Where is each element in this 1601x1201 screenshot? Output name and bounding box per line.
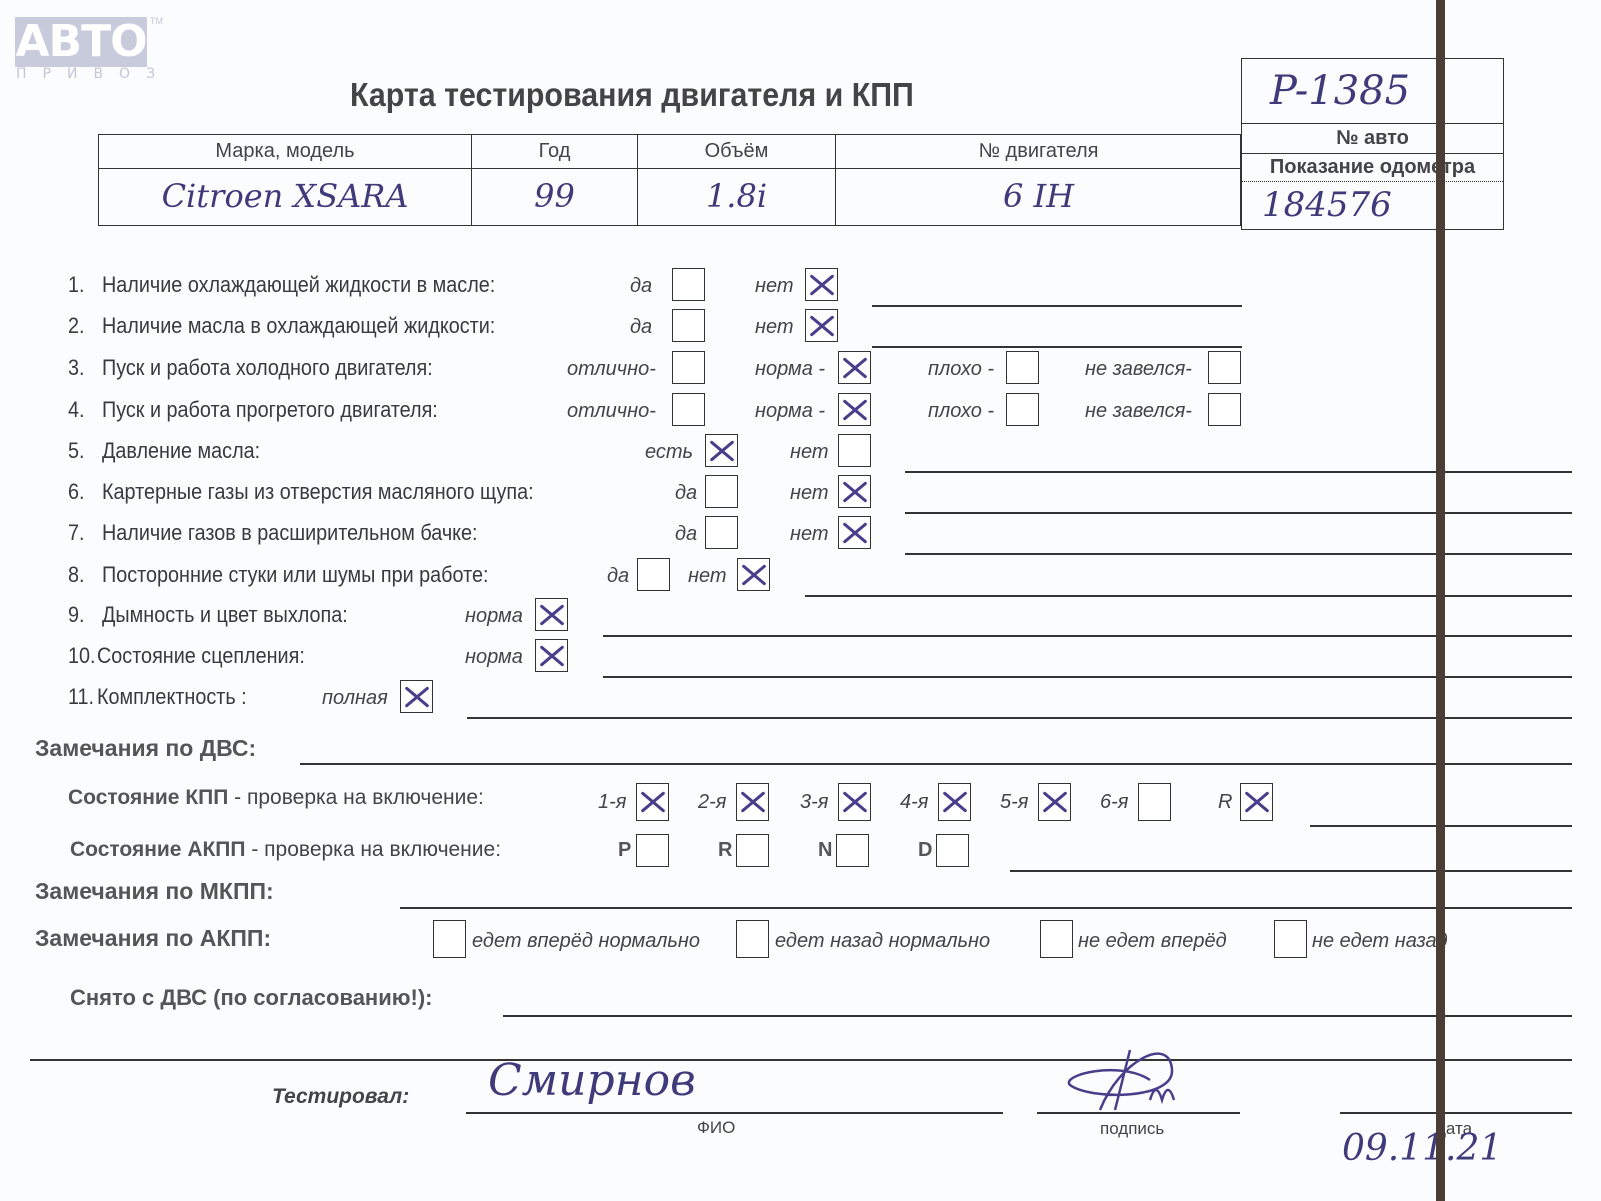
option-label: норма -	[755, 358, 825, 381]
item-number: 2.	[68, 313, 85, 339]
item-number: 7.	[68, 520, 85, 546]
option-checkbox[interactable]	[400, 680, 433, 713]
item-remark-line[interactable]	[467, 717, 1572, 719]
make-model-cell: Марка, модель Citroen XSARA	[99, 135, 472, 225]
option-label: нет	[790, 441, 829, 464]
option-checkbox[interactable]	[838, 516, 871, 549]
removed-line[interactable]	[503, 1015, 1572, 1017]
odometer-value[interactable]: 184576	[1242, 181, 1503, 229]
engine-number-label: № двигателя	[836, 135, 1241, 169]
item-remark-line[interactable]	[872, 305, 1242, 307]
item-remark-line[interactable]	[603, 635, 1572, 637]
item-label: Картерные газы из отверстия масляного щу…	[102, 479, 534, 505]
item-label: Давление масла:	[102, 438, 260, 464]
volume-cell: Объём 1.8i	[638, 135, 836, 225]
akpp-position-label: D	[918, 839, 932, 862]
option-label: нет	[755, 316, 794, 339]
logo-trademark: TM	[150, 16, 163, 26]
item-remark-line[interactable]	[872, 346, 1242, 348]
item-label: Пуск и работа холодного двигателя:	[102, 355, 433, 381]
akpp-position-label: P	[618, 839, 631, 862]
item-label: Наличие газов в расширительном бачке:	[102, 520, 478, 546]
item-label: Наличие охлаждающей жидкости в масле:	[102, 272, 495, 298]
name-line	[466, 1112, 1003, 1114]
item-number: 1.	[68, 272, 85, 298]
akpp-remark-checkbox[interactable]	[433, 920, 466, 958]
option-checkbox[interactable]	[805, 268, 838, 301]
item-label: Дымность и цвет выхлопа:	[102, 602, 348, 628]
gear-checkbox[interactable]	[1038, 783, 1071, 821]
removed-line-2[interactable]	[30, 1059, 1572, 1061]
option-label: отлично-	[567, 358, 656, 381]
option-checkbox[interactable]	[1208, 393, 1241, 426]
option-checkbox[interactable]	[838, 475, 871, 508]
item-number: 3.	[68, 355, 85, 381]
gear-label: 4-я	[900, 791, 928, 814]
volume-value[interactable]: 1.8i	[638, 171, 835, 221]
option-checkbox[interactable]	[705, 434, 738, 467]
option-checkbox[interactable]	[1006, 351, 1039, 384]
logo-subtitle: ПРИВОЗ	[16, 66, 148, 82]
item-label: Наличие масла в охлаждающей жидкости:	[102, 313, 495, 339]
signature-line	[1037, 1112, 1240, 1114]
item-label: Состояние сцепления:	[97, 643, 305, 669]
gear-label: 3-я	[800, 791, 828, 814]
option-label: да	[630, 316, 652, 339]
volume-label: Объём	[638, 135, 835, 169]
option-label: нет	[755, 275, 794, 298]
tester-name-value[interactable]: Смирнов	[488, 1055, 696, 1106]
akpp-remark-checkbox[interactable]	[736, 920, 769, 958]
option-label: норма	[465, 605, 523, 628]
option-checkbox[interactable]	[1006, 393, 1039, 426]
option-checkbox[interactable]	[838, 351, 871, 384]
engine-number-cell: № двигателя 6 IH	[836, 135, 1241, 225]
option-checkbox[interactable]	[737, 558, 770, 591]
removed-from-ice-label: Снято с ДВС (по согласованию!):	[70, 985, 433, 1011]
akpp-position-checkbox[interactable]	[636, 834, 669, 867]
item-remark-line[interactable]	[603, 676, 1572, 678]
item-remark-line[interactable]	[805, 595, 1572, 597]
option-checkbox[interactable]	[672, 309, 705, 342]
akpp-remark-checkbox[interactable]	[1274, 920, 1307, 958]
option-checkbox[interactable]	[535, 598, 568, 631]
name-caption: ФИО	[697, 1118, 735, 1138]
option-label: есть	[645, 441, 693, 464]
vehicle-info-table: Марка, модель Citroen XSARA Год 99 Объём…	[98, 134, 1241, 226]
year-value[interactable]: 99	[472, 171, 637, 221]
akpp-remark-label: едет назад нормально	[775, 930, 990, 953]
item-number: 4.	[68, 397, 85, 423]
option-label: да	[675, 523, 697, 546]
engine-number-value[interactable]: 6 IH	[836, 171, 1241, 221]
option-label: полная	[322, 687, 388, 710]
gear-label: 5-я	[1000, 791, 1028, 814]
auto-odometer-box: P-1385 № авто Показание одометра 184576	[1241, 58, 1504, 230]
akpp-remark-label: едет вперёд нормально	[472, 930, 700, 953]
make-model-label: Марка, модель	[99, 135, 471, 169]
option-checkbox[interactable]	[535, 639, 568, 672]
logo: АВТО	[15, 17, 147, 67]
item-number: 9.	[68, 602, 85, 628]
item-number: 10.	[68, 643, 96, 669]
gear-checkbox[interactable]	[736, 783, 769, 821]
item-remark-line[interactable]	[905, 512, 1572, 514]
gear-label: 6-я	[1100, 791, 1128, 814]
remarks-mkpp-label: Замечания по МКПП:	[35, 878, 274, 905]
item-remark-line[interactable]	[905, 553, 1572, 555]
akpp-position-checkbox[interactable]	[836, 834, 869, 867]
item-label: Пуск и работа прогретого двигателя:	[102, 397, 438, 423]
auto-number-value[interactable]: P-1385	[1242, 59, 1503, 124]
year-label: Год	[472, 135, 637, 169]
akpp-remark-line[interactable]	[1010, 870, 1572, 872]
year-cell: Год 99	[472, 135, 638, 225]
gear-label: 2-я	[698, 791, 726, 814]
remarks-ice-line[interactable]	[300, 763, 1572, 765]
option-label: плохо -	[928, 400, 994, 423]
akpp-remark-label: не едет вперёд	[1078, 930, 1227, 953]
date-line	[1340, 1112, 1572, 1114]
item-label: Комплектность :	[97, 684, 247, 710]
option-checkbox[interactable]	[838, 393, 871, 426]
option-checkbox[interactable]	[672, 351, 705, 384]
akpp-position-checkbox[interactable]	[936, 834, 969, 867]
akpp-remark-checkbox[interactable]	[1040, 920, 1073, 958]
option-checkbox[interactable]	[805, 309, 838, 342]
date-value[interactable]: 09.11.21	[1342, 1128, 1502, 1169]
gear-checkbox[interactable]	[1138, 783, 1171, 821]
item-number: 6.	[68, 479, 85, 505]
akpp-label: Состояние АКПП - проверка на включение:	[70, 838, 501, 862]
akpp-position-checkbox[interactable]	[736, 834, 769, 867]
item-remark-line[interactable]	[905, 471, 1572, 473]
item-number: 5.	[68, 438, 85, 464]
tested-by-label: Тестировал:	[272, 1085, 409, 1109]
auto-number-label: № авто	[1242, 123, 1503, 154]
option-label: нет	[688, 565, 727, 588]
option-label: да	[607, 565, 629, 588]
akpp-position-label: R	[718, 839, 732, 862]
page-fold	[1436, 0, 1445, 1201]
odometer-label: Показание одометра	[1242, 153, 1503, 182]
remarks-akpp-label: Замечания по АКПП:	[35, 925, 271, 952]
option-label: норма -	[755, 400, 825, 423]
item-number: 11.	[68, 684, 94, 710]
page-title: Карта тестирования двигателя и КПП	[350, 76, 914, 114]
option-label: да	[630, 275, 652, 298]
make-model-value[interactable]: Citroen XSARA	[99, 171, 471, 221]
option-label: нет	[790, 482, 829, 505]
gear-checkbox[interactable]	[636, 783, 669, 821]
option-checkbox[interactable]	[672, 268, 705, 301]
option-label: отлично-	[567, 400, 656, 423]
gear-label: 1-я	[598, 791, 626, 814]
akpp-position-label: N	[818, 839, 832, 862]
option-checkbox[interactable]	[838, 434, 871, 467]
option-label: норма	[465, 646, 523, 669]
item-number: 8.	[68, 562, 85, 588]
option-label: не завелся-	[1085, 358, 1192, 381]
option-checkbox[interactable]	[705, 475, 738, 508]
option-label: нет	[790, 523, 829, 546]
gear-checkbox[interactable]	[1240, 783, 1273, 821]
option-checkbox[interactable]	[705, 516, 738, 549]
option-checkbox[interactable]	[637, 558, 670, 591]
kpp-label: Состояние КПП - проверка на включение:	[68, 786, 484, 810]
item-label: Посторонние стуки или шумы при работе:	[102, 562, 488, 588]
option-label: плохо -	[928, 358, 994, 381]
akpp-remark-label: не едет назад	[1312, 930, 1448, 953]
option-label: не завелся-	[1085, 400, 1192, 423]
remarks-mkpp-line[interactable]	[400, 907, 1572, 909]
signature[interactable]	[1060, 1040, 1190, 1115]
option-label: да	[675, 482, 697, 505]
option-checkbox[interactable]	[1208, 351, 1241, 384]
option-checkbox[interactable]	[672, 393, 705, 426]
gear-label: R	[1218, 791, 1232, 814]
gear-checkbox[interactable]	[938, 783, 971, 821]
gear-checkbox[interactable]	[838, 783, 871, 821]
signature-caption: подпись	[1100, 1119, 1164, 1139]
remarks-ice-label: Замечания по ДВС:	[35, 735, 256, 762]
